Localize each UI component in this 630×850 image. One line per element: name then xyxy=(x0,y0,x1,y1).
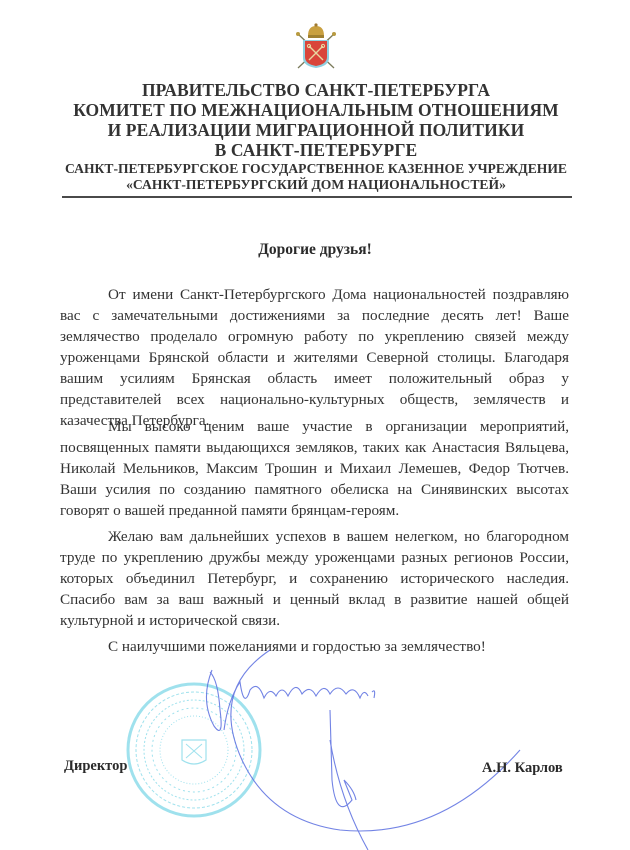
header-line: В САНКТ-ПЕТЕРБУРГЕ xyxy=(40,140,592,160)
paragraph-text: От имени Санкт-Петербургского Дома нацио… xyxy=(60,284,569,431)
header-sub-line: «САНКТ-ПЕТЕРБУРГСКИЙ ДОМ НАЦИОНАЛЬНОСТЕЙ… xyxy=(40,177,592,193)
paragraph-text: Мы высоко ценим ваше участие в организац… xyxy=(60,416,569,521)
header-institution: САНКТ-ПЕТЕРБУРГСКОЕ ГОСУДАРСТВЕННОЕ КАЗЕ… xyxy=(40,161,592,193)
header-divider xyxy=(62,196,572,198)
header-sub-line: САНКТ-ПЕТЕРБУРГСКОЕ ГОСУДАРСТВЕННОЕ КАЗЕ… xyxy=(40,161,592,177)
signatory-name: А.Н. Карлов xyxy=(482,760,563,777)
signature-icon xyxy=(180,640,540,850)
letter-page: ПРАВИТЕЛЬСТВО САНКТ-ПЕТЕРБУРГА КОМИТЕТ П… xyxy=(0,0,630,850)
paragraph: Желаю вам дальнейших успехов в вашем нел… xyxy=(60,526,569,631)
signatory-title: Директор xyxy=(64,758,127,775)
coat-of-arms-icon xyxy=(294,22,338,72)
paragraph: Мы высоко ценим ваше участие в организац… xyxy=(60,416,569,521)
header-line: И РЕАЛИЗАЦИИ МИГРАЦИОННОЙ ПОЛИТИКИ xyxy=(40,120,592,140)
greeting: Дорогие друзья! xyxy=(0,241,630,259)
paragraph-text: Желаю вам дальнейших успехов в вашем нел… xyxy=(60,526,569,631)
paragraph: От имени Санкт-Петербургского Дома нацио… xyxy=(60,284,569,431)
header-government: ПРАВИТЕЛЬСТВО САНКТ-ПЕТЕРБУРГА КОМИТЕТ П… xyxy=(40,80,592,160)
header-line: КОМИТЕТ ПО МЕЖНАЦИОНАЛЬНЫМ ОТНОШЕНИЯМ xyxy=(40,100,592,120)
header-line: ПРАВИТЕЛЬСТВО САНКТ-ПЕТЕРБУРГА xyxy=(40,80,592,100)
